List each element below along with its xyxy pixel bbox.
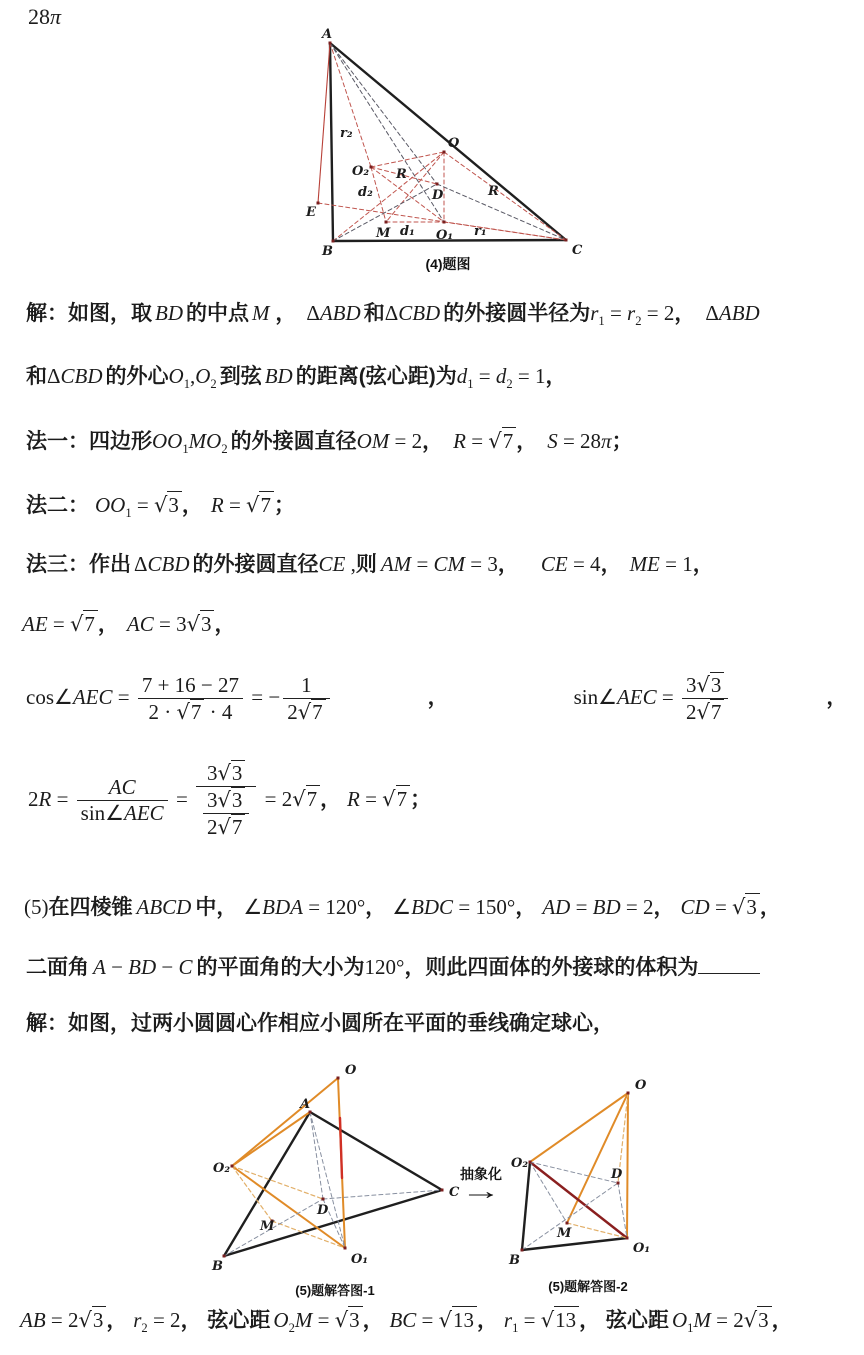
method-2-line: 法二：OO1 = √3，R = √7； — [26, 491, 295, 521]
point-D — [436, 183, 439, 186]
point-O — [337, 1077, 340, 1080]
point-O — [443, 151, 446, 154]
point-D — [322, 1198, 325, 1201]
point-O2 — [370, 166, 373, 169]
method-3-line: 法三：作出ΔCBD的外接圆直径CE ,则AM = CM = 3，CE = 4，M… — [26, 551, 714, 578]
edge-D-C — [437, 184, 566, 240]
point-M — [566, 1222, 569, 1225]
point-O2 — [231, 1165, 234, 1168]
edge-O2-A — [232, 1112, 310, 1166]
edge-O2-D — [232, 1166, 323, 1199]
solution-line-2: 和ΔCBD的外心O1,O2到弦BD的距离(弦心距)为d1 = d2 = 1， — [26, 363, 566, 392]
edge-O-M — [567, 1093, 628, 1223]
point-label-O: O — [635, 1078, 647, 1093]
edge-A-B — [330, 43, 333, 241]
point-C — [565, 239, 568, 242]
solution-line-1: 解：如图，取BD的中点M ，ΔABD和ΔCBD的外接圆半径为r1 = r2 = … — [26, 300, 760, 329]
edge-O2-M — [232, 1166, 272, 1221]
figure-5-diagram-1: OAO₂DCMBO₁ — [185, 1056, 485, 1276]
point-B — [223, 1255, 226, 1258]
point-label-O: O — [448, 136, 460, 151]
point-label-E: E — [305, 205, 317, 220]
point-O1 — [344, 1247, 347, 1250]
figure-5-diagram-2: OO₂DMBO₁ — [493, 1070, 683, 1270]
point-B — [521, 1249, 524, 1252]
figure-5-caption-2: (5)题解答图-2 — [493, 1276, 683, 1295]
point-O1 — [626, 1237, 629, 1240]
edge-R1-R2 — [340, 1118, 342, 1178]
figure-4-caption: (4)题图 — [288, 254, 608, 274]
point-label-D: D — [610, 1167, 623, 1182]
edge-O2-M — [530, 1162, 567, 1223]
figure-5-caption-1: (5)题解答图-1 — [185, 1280, 485, 1299]
dihedral-line: 二面角A − BD − C的平面角的大小为120°，则此四面体的外接球的体积为 — [26, 952, 760, 981]
2r-line: 2R = ACsin∠AEC = 3√33√32√7 = 2√7， R = √7… — [28, 760, 431, 841]
edge-D-O1 — [618, 1183, 627, 1238]
edge-B-O1 — [522, 1238, 627, 1250]
point-label-O: O — [345, 1063, 357, 1078]
edge-A-E — [318, 43, 330, 203]
point-label-O2: O₂ — [352, 164, 369, 179]
problem-5-line: (5)在四棱锥ABCD中，∠BDA = 120°，∠BDC = 150°，AD … — [24, 893, 781, 921]
point-E — [317, 202, 320, 205]
point-label-O1: O₁ — [436, 228, 453, 243]
point-label-M: M — [259, 1219, 275, 1234]
measure-label-d₂: d₂ — [358, 185, 373, 200]
measure-label-r₂: r₂ — [340, 126, 353, 141]
point-label-M: M — [556, 1226, 572, 1241]
point-O1 — [443, 221, 446, 224]
point-B — [332, 240, 335, 243]
point-label-A: A — [298, 1097, 310, 1112]
ae-ac-line: AE = √7，AC = 3√3， — [22, 610, 235, 638]
bottom-line: AB = 2√3， r2 = 2， 弦心距O2M = √3， BC = √13，… — [20, 1306, 793, 1336]
measure-label-R: R — [487, 184, 499, 199]
point-label-D: D — [316, 1203, 329, 1218]
point-label-A: A — [320, 27, 332, 42]
measure-label-R: R — [395, 167, 407, 182]
measure-label-r₁: r₁ — [474, 224, 487, 239]
measure-label-d₁: d₁ — [400, 224, 415, 239]
method-1-line: 法一：四边形OO1MO2的外接圆直径OM = 2，R = √7，S = 28π； — [26, 427, 633, 457]
edge-A-D — [330, 43, 437, 184]
cos-sin-line: cos∠AEC = 7 + 16 − 272 · √7 · 4 = −12√7，… — [26, 672, 847, 725]
answer-28pi: 28π — [28, 3, 61, 32]
point-M — [385, 221, 388, 224]
point-label-O2: O₂ — [213, 1161, 230, 1176]
edge-M-O1 — [272, 1221, 345, 1248]
point-label-D: D — [431, 188, 444, 203]
point-label-O2: O₂ — [511, 1156, 528, 1171]
edge-O-O1 — [627, 1093, 628, 1238]
edge-O-C — [444, 152, 566, 240]
point-label-M: M — [375, 226, 391, 241]
edge-O-O2 — [530, 1093, 628, 1162]
edge-O2-B — [522, 1162, 530, 1250]
figure-4-diagram: ABCEO₂ODMO₁r₂Rd₂Rd₁r₁ — [288, 25, 608, 261]
point-label-B: B — [508, 1253, 520, 1268]
point-O — [627, 1092, 630, 1095]
solution-5-line: 解：如图，过两小圆圆心作相应小圆所在平面的垂线确定球心， — [26, 1010, 614, 1037]
point-label-O1: O₁ — [633, 1241, 650, 1256]
point-label-O1: O₁ — [351, 1252, 368, 1267]
document-page: 28π ABCEO₂ODMO₁r₂Rd₂Rd₁r₁ (4)题图 解：如图，取BD… — [0, 0, 864, 1355]
edge-A-C — [310, 1112, 442, 1190]
point-O2 — [529, 1161, 532, 1164]
point-label-B: B — [211, 1259, 223, 1274]
